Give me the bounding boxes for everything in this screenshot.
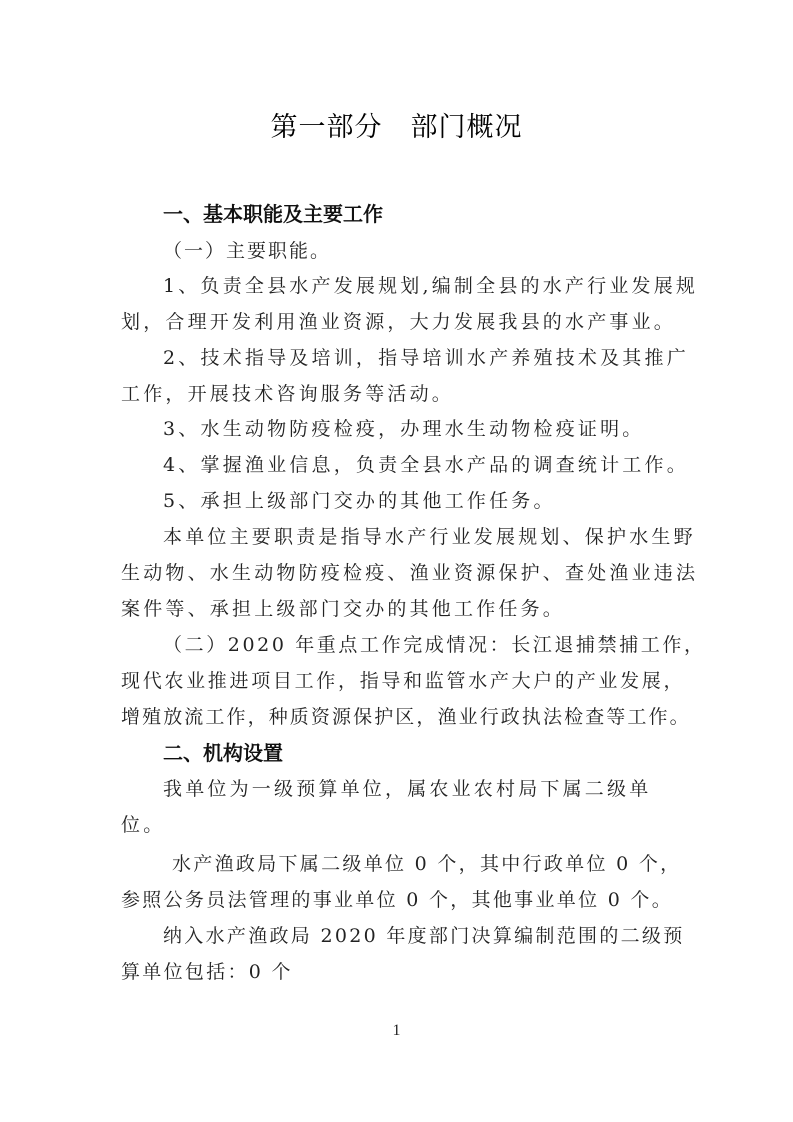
key-work-line-2: 现代农业推进项目工作，指导和监管水产大户的产业发展，	[121, 666, 685, 693]
function-item-1-line2: 划，合理开发利用渔业资源，大力发展我县的水产事业。	[121, 307, 676, 334]
page-title: 第一部分部门概况	[0, 105, 793, 144]
summary-line-3: 案件等、承担上级部门交办的其他工作任务。	[121, 594, 565, 621]
function-item-3: 3、水生动物防疫检疫，办理水生动物检疫证明。	[163, 414, 645, 441]
key-work-line-1: （二）2020 年重点工作完成情况：长江退捕禁捕工作，	[163, 630, 706, 657]
org-para1-line2: 位。	[121, 810, 165, 837]
function-item-1-line1: 1、负责全县水产发展规划,编制全县的水产行业发展规	[163, 271, 698, 298]
section-heading-functions: 一、基本职能及主要工作	[163, 198, 383, 227]
org-para1-line1: 我单位为一级预算单位，属农业农村局下属二级单	[163, 774, 651, 801]
function-item-2-line2: 工作，开展技术咨询服务等活动。	[121, 379, 454, 406]
function-item-5: 5、承担上级部门交办的其他工作任务。	[163, 486, 556, 513]
page-number: 1	[0, 1022, 793, 1040]
function-item-4: 4、掌握渔业信息，负责全县水产品的调查统计工作。	[163, 450, 689, 477]
key-work-line-3: 增殖放流工作，种质资源保护区，渔业行政执法检查等工作。	[121, 702, 691, 729]
function-item-2-line1: 2、技术指导及培训，指导培训水产养殖技术及其推广	[163, 343, 689, 370]
org-para2-line2: 参照公务员法管理的事业单位 0 个，其他事业单位 0 个。	[121, 885, 673, 912]
section-heading-organization: 二、机构设置	[163, 737, 283, 766]
subheading-main-functions: （一）主要职能。	[163, 236, 331, 263]
title-part: 第一部分	[271, 112, 383, 143]
document-page: 第一部分部门概况 一、基本职能及主要工作 （一）主要职能。 1、负责全县水产发展…	[0, 0, 793, 1122]
org-para2-line1: 水产渔政局下属二级单位 0 个，其中行政单位 0 个，	[172, 849, 681, 876]
org-para3-line1: 纳入水产渔政局 2020 年度部门决算编制范围的二级预	[163, 921, 685, 948]
summary-line-1: 本单位主要职责是指导水产行业发展规划、保护水生野	[163, 522, 696, 549]
org-para3-line2: 算单位包括：0 个	[121, 957, 293, 984]
title-name: 部门概况	[411, 112, 523, 143]
summary-line-2: 生动物、水生动物防疫检疫、渔业资源保护、查处渔业违法	[121, 558, 698, 585]
